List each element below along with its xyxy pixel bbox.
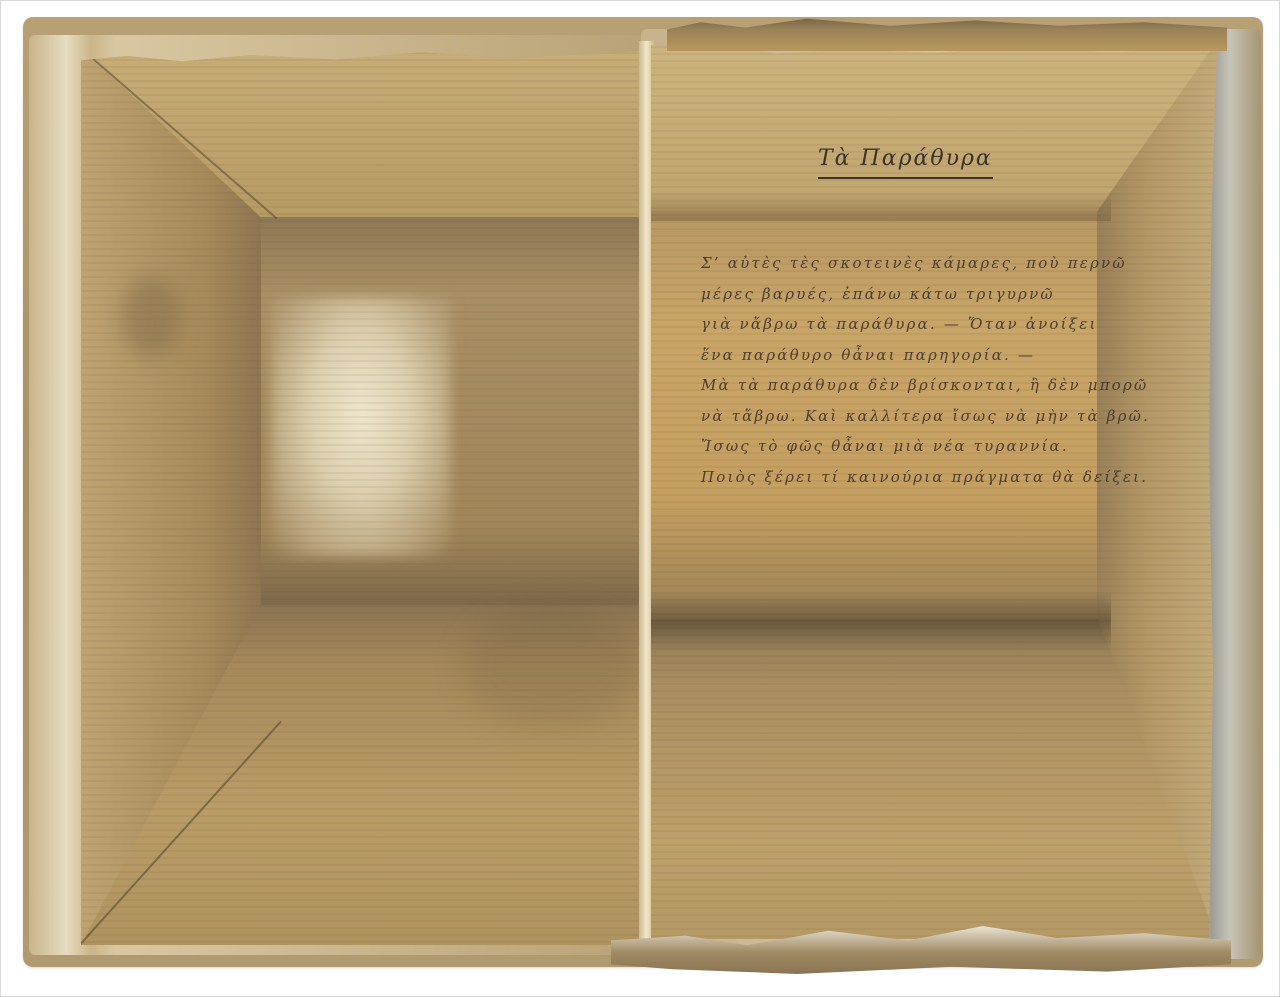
poem-line: νὰ τἄβρω. Καὶ καλλίτερα ἴσως νὰ μὴν τὰ β…	[701, 401, 1181, 432]
poem-line: Ἴσως τὸ φῶς θἆναι μιὰ νέα τυραννία.	[701, 431, 1181, 462]
poem-line: Σ’ αὐτὲς τὲς σκοτεινὲς κάμαρες, ποὺ περν…	[701, 248, 1181, 279]
lit-window	[271, 297, 451, 557]
poem-line: Ποιὸς ξέρει τί καινούρια πράγματα θὰ δεί…	[701, 462, 1181, 493]
water-stain	[121, 277, 181, 357]
left-room-drawing	[81, 47, 647, 945]
poem-line: γιὰ νἄβρω τὰ παράθυρα. — Ὅταν ἀνοίξει	[701, 309, 1181, 340]
poem-body: Σ’ αὐτὲς τὲς σκοτεινὲς κάμαρες, ποὺ περν…	[701, 248, 1181, 492]
poem-title: Τὰ Παράθυρα	[818, 146, 993, 179]
left-page	[81, 47, 647, 945]
floor-shadow	[651, 591, 1111, 651]
ceiling-shadow	[651, 191, 1111, 221]
poem-line: Μὰ τὰ παράθυρα δὲν βρίσκονται, ἢ δὲν μπο…	[701, 370, 1181, 401]
water-stain	[461, 607, 641, 727]
image-frame: Τὰ Παράθυρα Σ’ αὐτὲς τὲς σκοτεινὲς κάμαρ…	[0, 0, 1280, 997]
poem-line: ἕνα παράθυρο θἆναι παρηγορία. —	[701, 340, 1181, 371]
poem-line: μέρες βαρυές, ἐπάνω κάτω τριγυρνῶ	[701, 279, 1181, 310]
